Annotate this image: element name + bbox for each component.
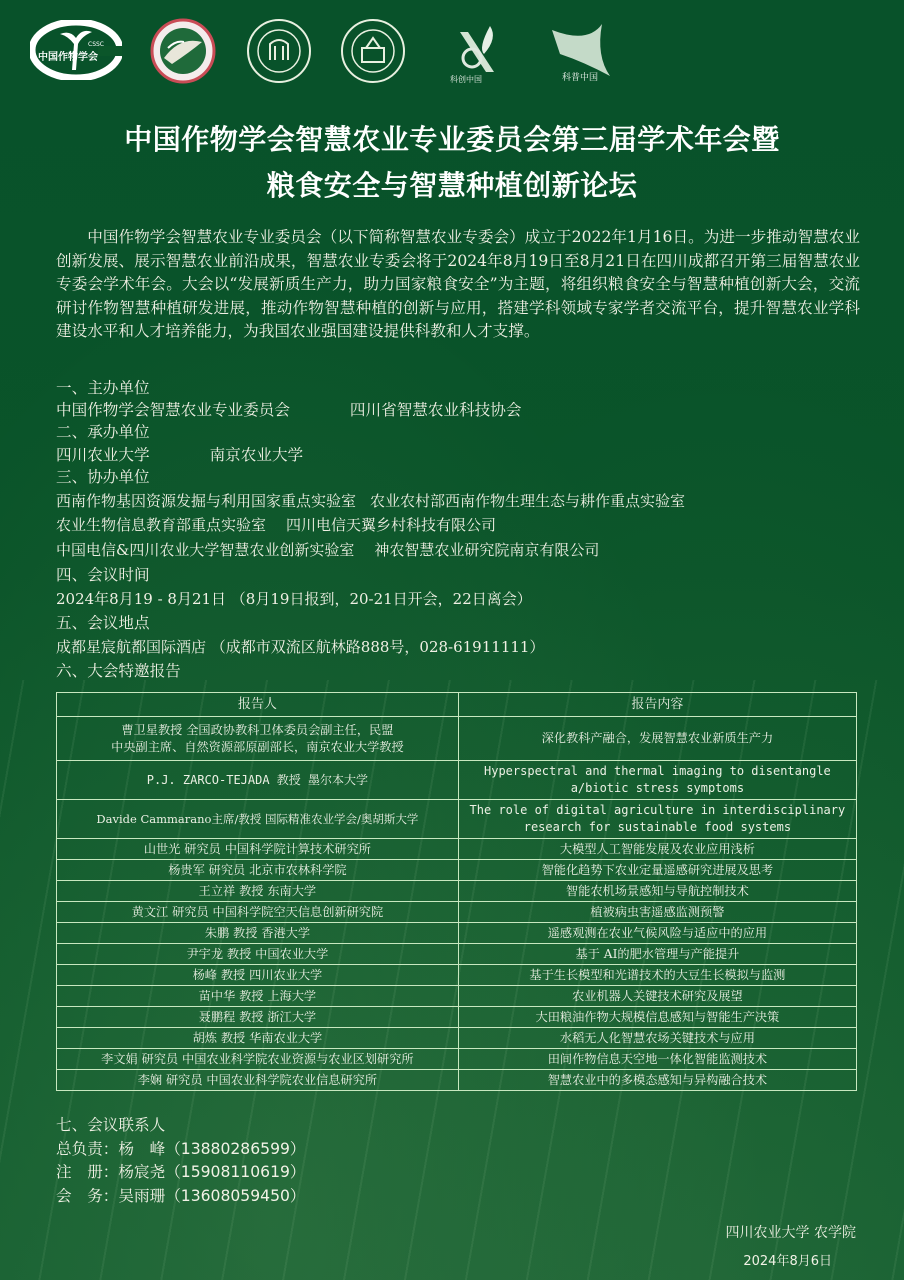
co-organizer-unit: 农业生物信息教育部重点实验室 — [56, 516, 266, 534]
speaker-cell: 胡炼 教授 华南农业大学 — [57, 1028, 459, 1049]
host-units: 中国作物学会智慧农业专业委员会四川省智慧农业科技协会 — [56, 399, 521, 421]
venue-heading: 五、会议地点 — [56, 612, 150, 634]
contact-name: 杨宸尧 — [118, 1163, 165, 1181]
svg-text:CSSC: CSSC — [88, 41, 104, 48]
co-organizer-unit: 四川电信天翼乡村科技有限公司 — [286, 516, 496, 534]
science-china-logo-icon: 科普中国 — [540, 18, 640, 86]
topic-cell: 深化教科产融合，发展智慧农业新质生产力 — [458, 717, 856, 761]
topic-cell: 基于生长模型和光谱技术的大豆生长模拟与监测 — [458, 965, 856, 986]
organizer-unit: 南京农业大学 — [210, 446, 304, 464]
contact-name: 吴雨珊 — [118, 1187, 165, 1205]
speaker-cell: P.J. ZARCO-TEJADA 教授 墨尔本大学 — [57, 761, 459, 800]
footer-org: 四川农业大学 农学院 — [726, 1222, 856, 1242]
speaker-cell: 杨峰 教授 四川农业大学 — [57, 965, 459, 986]
table-row: 曹卫星教授 全国政协教科卫体委员会副主任，民盟中央副主席、自然资源部原副部长，南… — [57, 717, 857, 761]
speaker-cell: 尹宇龙 教授 中国农业大学 — [57, 944, 459, 965]
red-seal-logo-icon — [150, 18, 216, 84]
table-row: 尹宇龙 教授 中国农业大学基于 AI的肥水管理与产能提升 — [57, 944, 857, 965]
header-topic: 报告内容 — [458, 693, 856, 717]
contact-name: 杨 峰 — [118, 1140, 165, 1158]
speaker-cell: 山世光 研究员 中国科学院计算技术研究所 — [57, 839, 459, 860]
contact-row: 注 册：杨宸尧（15908110619） — [56, 1161, 306, 1185]
co-organizer-line: 农业生物信息教育部重点实验室四川电信天翼乡村科技有限公司 — [56, 514, 496, 536]
table-row: P.J. ZARCO-TEJADA 教授 墨尔本大学Hyperspectral … — [57, 761, 857, 800]
contact-phone: （15908110619） — [165, 1163, 305, 1181]
speaker-cell: 李娴 研究员 中国农业科学院农业信息研究所 — [57, 1070, 459, 1091]
svg-text:中国作物学会: 中国作物学会 — [38, 50, 98, 63]
contact-row: 总负责：杨 峰（13880286599） — [56, 1138, 306, 1162]
table-row: 苗中华 教授 上海大学农业机器人关键技术研究及展望 — [57, 986, 857, 1007]
co-organizer-unit: 中国电信&四川农业大学智慧农业创新实验室 — [56, 541, 354, 559]
contact-role: 注 册： — [56, 1163, 118, 1181]
header-speaker: 报告人 — [57, 693, 459, 717]
co-organizer-heading: 三、协办单位 — [56, 466, 150, 488]
innovation-china-logo-icon: 科创中国 — [444, 18, 514, 86]
speaker-cell: 聂鹏程 教授 浙江大学 — [57, 1007, 459, 1028]
topic-cell: 智能化趋势下农业定量遥感研究进展及思考 — [458, 860, 856, 881]
topic-cell: 基于 AI的肥水管理与产能提升 — [458, 944, 856, 965]
topic-cell: 植被病虫害遥感监测预警 — [458, 902, 856, 923]
topic-cell: 田间作物信息天空地一体化智能监测技术 — [458, 1049, 856, 1070]
table-row: Davide Cammarano主席/教授 国际精准农业学会/奥胡斯大学The … — [57, 800, 857, 839]
topic-cell: 遥感观测在农业气候风险与适应中的应用 — [458, 923, 856, 944]
footer-date: 2024年8月6日 — [743, 1250, 832, 1269]
report-table: 报告人 报告内容 曹卫星教授 全国政协教科卫体委员会副主任，民盟中央副主席、自然… — [56, 692, 857, 1091]
co-organizer-unit: 神农智慧农业研究院南京有限公司 — [374, 541, 599, 559]
co-organizer-line: 中国电信&四川农业大学智慧农业创新实验室神农智慧农业研究院南京有限公司 — [56, 539, 599, 561]
topic-cell: The role of digital agriculture in inter… — [458, 800, 856, 839]
table-row: 聂鹏程 教授 浙江大学大田粮油作物大规模信息感知与智能生产决策 — [57, 1007, 857, 1028]
venue-value: 成都星宸航都国际酒店 （成都市双流区航林路888号，028-61911111） — [56, 636, 544, 658]
contact-role: 总负责： — [56, 1140, 118, 1158]
speaker-cell: 王立祥 教授 东南大学 — [57, 881, 459, 902]
table-header-row: 报告人 报告内容 — [57, 693, 857, 717]
co-organizer-unit: 西南作物基因资源发掘与利用国家重点实验室 — [56, 492, 356, 510]
organizer-units: 四川农业大学南京农业大学 — [56, 444, 303, 466]
co-organizer-line: 西南作物基因资源发掘与利用国家重点实验室农业农村部西南作物生理生态与耕作重点实验… — [56, 490, 685, 512]
topic-cell: 大田粮油作物大规模信息感知与智能生产决策 — [458, 1007, 856, 1028]
table-row: 黄文江 研究员 中国科学院空天信息创新研究院植被病虫害遥感监测预警 — [57, 902, 857, 923]
contact-phone: （13880286599） — [165, 1140, 305, 1158]
time-value: 2024年8月19 - 8月21日 （8月19日报到，20-21日开会，22日离… — [56, 588, 532, 610]
host-unit: 四川省智慧农业科技协会 — [350, 401, 522, 419]
njau-seal-logo-icon — [340, 18, 406, 84]
topic-cell: 大模型人工智能发展及农业应用浅析 — [458, 839, 856, 860]
speaker-cell: 曹卫星教授 全国政协教科卫体委员会副主任，民盟中央副主席、自然资源部原副部长，南… — [57, 717, 459, 761]
contacts-block: 七、会议联系人 总负责：杨 峰（13880286599） 注 册：杨宸尧（159… — [56, 1114, 306, 1208]
host-heading: 一、主办单位 — [56, 377, 150, 399]
contact-phone: （13608059450） — [165, 1187, 305, 1205]
speaker-cell: Davide Cammarano主席/教授 国际精准农业学会/奥胡斯大学 — [57, 800, 459, 839]
contact-row: 会 务：吴雨珊（13608059450） — [56, 1185, 306, 1209]
speaker-cell: 李文娟 研究员 中国农业科学院农业资源与农业区划研究所 — [57, 1049, 459, 1070]
contact-role: 会 务： — [56, 1187, 118, 1205]
table-row: 王立祥 教授 东南大学智能农机场景感知与导航控制技术 — [57, 881, 857, 902]
speaker-cell: 苗中华 教授 上海大学 — [57, 986, 459, 1007]
intro-paragraph: 中国作物学会智慧农业专业委员会（以下简称智慧农业专委会）成立于2022年1月16… — [56, 226, 860, 344]
sicau-seal-logo-icon — [246, 18, 312, 84]
reports-heading: 六、大会特邀报告 — [56, 660, 181, 682]
topic-cell: Hyperspectral and thermal imaging to dis… — [458, 761, 856, 800]
speaker-cell: 杨贵军 研究员 北京市农林科学院 — [57, 860, 459, 881]
svg-text:科普中国: 科普中国 — [562, 71, 598, 83]
time-heading: 四、会议时间 — [56, 564, 150, 586]
topic-cell: 农业机器人关键技术研究及展望 — [458, 986, 856, 1007]
organizer-heading: 二、承办单位 — [56, 421, 150, 443]
cssc-logo-icon: CSSC 中国作物学会 — [30, 20, 122, 80]
contacts-heading: 七、会议联系人 — [56, 1114, 306, 1138]
table-row: 李文娟 研究员 中国农业科学院农业资源与农业区划研究所田间作物信息天空地一体化智… — [57, 1049, 857, 1070]
table-row: 山世光 研究员 中国科学院计算技术研究所大模型人工智能发展及农业应用浅析 — [57, 839, 857, 860]
table-row: 杨峰 教授 四川农业大学基于生长模型和光谱技术的大豆生长模拟与监测 — [57, 965, 857, 986]
table-row: 朱鹏 教授 香港大学遥感观测在农业气候风险与适应中的应用 — [57, 923, 857, 944]
main-title: 中国作物学会智慧农业专业委员会第三届学术年会暨 — [0, 118, 904, 158]
sub-title: 粮食安全与智慧种植创新论坛 — [0, 164, 904, 204]
speaker-cell: 黄文江 研究员 中国科学院空天信息创新研究院 — [57, 902, 459, 923]
table-row: 胡炼 教授 华南农业大学水稻无人化智慧农场关键技术与应用 — [57, 1028, 857, 1049]
organizer-unit: 四川农业大学 — [56, 446, 150, 464]
table-row: 杨贵军 研究员 北京市农林科学院智能化趋势下农业定量遥感研究进展及思考 — [57, 860, 857, 881]
speaker-cell: 朱鹏 教授 香港大学 — [57, 923, 459, 944]
topic-cell: 水稻无人化智慧农场关键技术与应用 — [458, 1028, 856, 1049]
table-row: 李娴 研究员 中国农业科学院农业信息研究所智慧农业中的多模态感知与异构融合技术 — [57, 1070, 857, 1091]
co-organizer-unit: 农业农村部西南作物生理生态与耕作重点实验室 — [370, 492, 685, 510]
topic-cell: 智能农机场景感知与导航控制技术 — [458, 881, 856, 902]
svg-text:科创中国: 科创中国 — [450, 74, 482, 84]
host-unit: 中国作物学会智慧农业专业委员会 — [56, 401, 290, 419]
topic-cell: 智慧农业中的多模态感知与异构融合技术 — [458, 1070, 856, 1091]
